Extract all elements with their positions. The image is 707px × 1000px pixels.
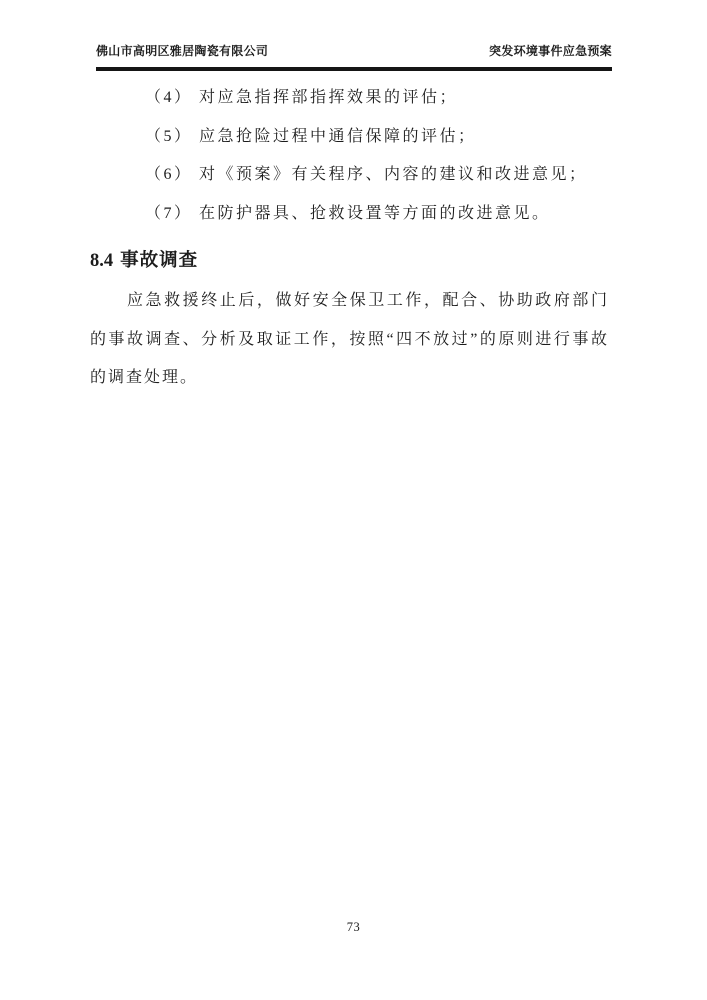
- list-item-4: （4） 对应急指挥部指挥效果的评估；: [90, 79, 609, 118]
- list-item-7: （7） 在防护器具、抢救设置等方面的改进意见。: [90, 195, 609, 234]
- list-item-6: （6） 对《预案》有关程序、内容的建议和改进意见；: [90, 156, 609, 195]
- document-body: （4） 对应急指挥部指挥效果的评估； （5） 应急抢险过程中通信保障的评估； （…: [90, 79, 609, 398]
- section-paragraph: 应急救援终止后，做好安全保卫工作，配合、协助政府部门的事故调查、分析及取证工作，…: [90, 282, 609, 398]
- section-title: 事故调查: [120, 251, 198, 271]
- page-number: 73: [0, 920, 707, 935]
- list-item-5: （5） 应急抢险过程中通信保障的评估；: [90, 118, 609, 157]
- document-page: 佛山市高明区雅居陶瓷有限公司 突发环境事件应急预案 （4） 对应急指挥部指挥效果…: [0, 0, 707, 1000]
- header-company-name: 佛山市高明区雅居陶瓷有限公司: [96, 42, 268, 59]
- section-number: 8.4: [90, 251, 113, 271]
- section-heading: 8.4事故调查: [90, 248, 609, 274]
- header-doc-title: 突发环境事件应急预案: [489, 42, 612, 59]
- page-header: 佛山市高明区雅居陶瓷有限公司 突发环境事件应急预案: [96, 42, 612, 71]
